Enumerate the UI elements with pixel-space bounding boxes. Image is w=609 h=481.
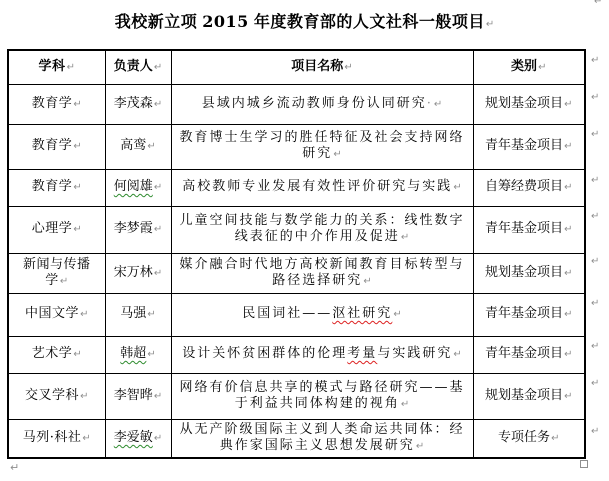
header-text: 类别	[511, 59, 537, 74]
project-text: 媒介融合时代地方高校新闻教育目标转型与路径选择研究	[180, 257, 465, 288]
cell-discipline: 新闻与传播学↵	[8, 253, 105, 293]
project-text: 教育博士生学习的胜任特征及社会支持网络研究	[180, 130, 465, 161]
discipline-text: 教育学	[32, 96, 73, 111]
cell-end-mark-icon: ↵	[564, 268, 572, 279]
cell-leader: 高鸾↵	[105, 124, 171, 169]
text-segment: 年度教育部的人文社科一般项目	[254, 12, 485, 31]
leader-text: 李智晔	[114, 388, 153, 403]
cell-end-mark-icon: ↵	[147, 349, 155, 360]
paragraph-mark-icon: ↵	[486, 19, 494, 30]
text-segment-green: 韩超	[120, 346, 146, 361]
cell-category: 规划基金项目↵	[473, 373, 585, 419]
project-text: 高校教师专业发展有效性评价研究与实践	[182, 179, 452, 194]
cell-end-mark-icon: ↵	[73, 99, 81, 110]
end-of-row-mark-icon: ↵	[591, 341, 607, 352]
cell-end-mark-icon: ↵	[147, 309, 155, 320]
leader-text: 何阅雄	[114, 179, 153, 194]
category-text: 青年基金项目	[485, 221, 563, 236]
cell-end-mark-icon: ↵	[154, 224, 162, 235]
text-segment: 宋万林	[114, 265, 153, 280]
text-segment: 媒介融合时代地方高校新闻教育目标转型与路径选择研究	[180, 257, 465, 288]
end-of-row-mark-icon: ↵	[591, 175, 607, 186]
cell-project: 高校教师专业发展有效性评价研究与实践↵	[171, 169, 473, 206]
table-row: 教育学↵ 李茂森↵ 县域内城乡流动教师身份认同研究·↵ 规划基金项目↵	[8, 84, 585, 124]
table-row: 交叉学科↵ 李智晔↵ 网络有价信息共享的模式与路径研究——基于利益共同体构建的视…	[8, 373, 585, 419]
leader-text: 李爱敏	[114, 430, 153, 445]
cell-leader: 李梦霞↵	[105, 206, 171, 253]
text-segment-gray: ·	[427, 96, 433, 111]
end-of-row-mark-icon: ↵	[591, 298, 607, 309]
table-row: 新闻与传播学↵ 宋万林↵ 媒介融合时代地方高校新闻教育目标转型与路径选择研究↵ …	[8, 253, 585, 293]
discipline-text: 中国文学	[25, 306, 79, 321]
cell-project: 教育博士生学习的胜任特征及社会支持网络研究↵	[171, 124, 473, 169]
discipline-text: 交叉学科	[25, 388, 79, 403]
discipline-text: 教育学	[32, 179, 73, 194]
project-text: 网络有价信息共享的模式与路径研究——基于利益共同体构建的视角	[180, 380, 465, 411]
table-row: 艺术学↵ 韩超↵ 设计关怀贫困群体的伦理考量与实践研究↵ 青年基金项目↵	[8, 336, 585, 373]
cell-end-mark-icon: ↵	[80, 309, 88, 320]
text-segment-green: 何阅雄	[114, 179, 153, 194]
cell-leader: 宋万林↵	[105, 253, 171, 293]
cell-end-mark-icon: ↵	[147, 141, 155, 152]
text-segment: 李智晔	[114, 388, 153, 403]
leader-text: 高鸾	[120, 138, 146, 153]
cell-leader: 何阅雄↵	[105, 169, 171, 206]
text-segment: 李茂森	[114, 96, 153, 111]
cell-project: 设计关怀贫困群体的伦理考量与实践研究↵	[171, 336, 473, 373]
category-text: 青年基金项目	[485, 306, 563, 321]
text-segment-red: 沤社研究	[332, 306, 392, 321]
cell-project: 儿童空间技能与数学能力的关系：线性数字线表征的中介作用及促进↵	[171, 206, 473, 253]
text-segment: 高校教师专业发展有效性评价研究与实践	[182, 179, 452, 194]
discipline-text: 艺术学	[32, 346, 73, 361]
cell-end-mark-icon: ↵	[154, 433, 162, 444]
projects-table: 学科↵ 负责人↵ 项目名称↵ 类别↵ 教育学↵ 李茂森↵ 县域内城乡流动教师身份…	[7, 49, 586, 459]
text-segment: 设计关怀贫困群体的伦理	[182, 346, 347, 361]
end-of-row-mark-icon: ↵	[591, 129, 607, 140]
end-of-row-mark-icon: ↵	[591, 378, 607, 389]
header-text: 学科	[39, 59, 66, 74]
cell-end-mark-icon: ↵	[453, 349, 461, 360]
cell-end-mark-icon: ↵	[564, 309, 572, 320]
cell-discipline: 艺术学↵	[8, 336, 105, 373]
header-text: 负责人	[114, 59, 153, 74]
cell-discipline: 马列·科社↵	[8, 419, 105, 458]
cell-category: 青年基金项目↵	[473, 124, 585, 169]
end-of-row-mark-icon: ↵	[591, 211, 607, 222]
discipline-text: 马列·科社	[23, 430, 82, 445]
end-of-row-mark-icon: ↵	[591, 55, 607, 66]
cell-end-mark-icon: ↵	[154, 391, 162, 402]
cell-category: 青年基金项目↵	[473, 293, 585, 336]
cell-end-mark-icon: ↵	[80, 391, 88, 402]
table-row: 教育学↵ 何阅雄↵ 高校教师专业发展有效性评价研究与实践↵ 自筹经费项目↵	[8, 169, 585, 206]
cell-end-mark-icon: ↵	[416, 441, 424, 452]
cell-end-mark-icon: ↵	[551, 433, 559, 444]
cell-category: 专项任务↵	[473, 419, 585, 458]
table-resize-handle-icon	[580, 460, 588, 468]
category-text: 规划基金项目	[485, 96, 563, 111]
category-text: 规划基金项目	[485, 388, 563, 403]
cell-leader: 李智晔↵	[105, 373, 171, 419]
cell-end-mark-icon: ↵	[564, 391, 572, 402]
cell-discipline: 教育学↵	[8, 124, 105, 169]
text-segment: 李梦霞	[114, 221, 153, 236]
cell-discipline: 心理学↵	[8, 206, 105, 253]
document-title: 我校新立项2015年度教育部的人文社科一般项目↵	[0, 9, 609, 32]
cell-leader: 韩超↵	[105, 336, 171, 373]
cell-category: 青年基金项目↵	[473, 336, 585, 373]
category-text: 自筹经费项目	[485, 179, 563, 194]
text-segment: 马强	[120, 306, 146, 321]
leader-text: 韩超	[120, 346, 146, 361]
project-text: 儿童空间技能与数学能力的关系：线性数字线表征的中介作用及促进	[180, 213, 465, 244]
text-segment: 高鸾	[120, 138, 146, 153]
discipline-text: 心理学	[32, 221, 73, 236]
leader-text: 马强	[120, 306, 146, 321]
category-text: 青年基金项目	[485, 138, 563, 153]
cell-end-mark-icon: ↵	[73, 182, 81, 193]
category-text: 青年基金项目	[485, 346, 563, 361]
cell-discipline: 教育学↵	[8, 169, 105, 206]
project-text: 县域内城乡流动教师身份认同研究·	[202, 96, 433, 111]
cell-category: 规划基金项目↵	[473, 253, 585, 293]
cell-end-mark-icon: ↵	[401, 232, 409, 243]
cell-end-mark-icon: ↵	[564, 349, 572, 360]
cell-project: 媒介融合时代地方高校新闻教育目标转型与路径选择研究↵	[171, 253, 473, 293]
cell-end-mark-icon: ↵	[564, 141, 572, 152]
cell-end-mark-icon: ↵	[363, 276, 371, 287]
text-segment: 儿童空间技能与数学能力的关系：线性数字线表征的中介作用及促进	[180, 213, 465, 244]
cell-project: 网络有价信息共享的模式与路径研究——基于利益共同体构建的视角↵	[171, 373, 473, 419]
leader-text: 李茂森	[114, 96, 153, 111]
end-of-row-mark-icon: ↵	[591, 92, 607, 103]
title-text: 我校新立项2015年度教育部的人文社科一般项目	[115, 12, 485, 31]
text-segment: 教育博士生学习的胜任特征及社会支持网络研究	[180, 130, 465, 161]
table-row: 中国文学↵ 马强↵ 民国词社——沤社研究↵ 青年基金项目↵	[8, 293, 585, 336]
table-row: 心理学↵ 李梦霞↵ 儿童空间技能与数学能力的关系：线性数字线表征的中介作用及促进…	[8, 206, 585, 253]
header-category: 类别↵	[473, 50, 585, 84]
project-text: 民国词社——沤社研究	[242, 306, 392, 321]
cell-end-mark-icon: ↵	[154, 62, 162, 73]
cell-leader: 李爱敏↵	[105, 419, 171, 458]
cell-end-mark-icon: ↵	[333, 149, 341, 160]
cell-leader: 马强↵	[105, 293, 171, 336]
cell-end-mark-icon: ↵	[453, 182, 461, 193]
category-text: 规划基金项目	[485, 265, 563, 280]
end-of-row-mark-icon: ↵	[591, 426, 607, 437]
text-segment: 与实践研究	[377, 346, 452, 361]
cell-discipline: 教育学↵	[8, 84, 105, 124]
end-of-row-mark-icon: ↵	[591, 256, 607, 267]
table-row: 教育学↵ 高鸾↵ 教育博士生学习的胜任特征及社会支持网络研究↵ 青年基金项目↵	[8, 124, 585, 169]
table-row: 马列·科社↵ 李爱敏↵ 从无产阶级国际主义到人类命运共同体：经典作家国际主义思想…	[8, 419, 585, 458]
cell-end-mark-icon: ↵	[538, 62, 546, 73]
cell-end-mark-icon: ↵	[154, 268, 162, 279]
cell-category: 自筹经费项目↵	[473, 169, 585, 206]
leader-text: 李梦霞	[114, 221, 153, 236]
cell-end-mark-icon: ↵	[401, 399, 409, 410]
cell-end-mark-icon: ↵	[154, 182, 162, 193]
cell-end-mark-icon: ↵	[564, 99, 572, 110]
text-segment: 网络有价信息共享的模式与路径研究——基于利益共同体构建的视角	[180, 380, 465, 411]
cell-leader: 李茂森↵	[105, 84, 171, 124]
header-text: 项目名称	[291, 59, 343, 74]
cell-end-mark-icon: ↵	[73, 141, 81, 152]
header-leader: 负责人↵	[105, 50, 171, 84]
cell-end-mark-icon: ↵	[393, 309, 401, 320]
cell-category: 青年基金项目↵	[473, 206, 585, 253]
cell-end-mark-icon: ↵	[73, 349, 81, 360]
text-segment: 我校新立项	[115, 12, 198, 31]
cell-end-mark-icon: ↵	[67, 62, 75, 73]
cell-project: 从无产阶级国际主义到人类命运共同体：经典作家国际主义思想发展研究↵	[171, 419, 473, 458]
text-segment-num: 2015	[202, 12, 249, 31]
cell-end-mark-icon: ↵	[82, 433, 90, 444]
text-segment: 民国词社——	[242, 306, 332, 321]
text-segment: 县域内城乡流动教师身份认同研究	[202, 96, 427, 111]
cell-end-mark-icon: ↵	[344, 62, 352, 73]
discipline-text: 新闻与传播学	[23, 257, 91, 288]
discipline-text: 教育学	[32, 138, 73, 153]
cell-end-mark-icon: ↵	[564, 182, 572, 193]
cell-discipline: 中国文学↵	[8, 293, 105, 336]
header-project: 项目名称↵	[171, 50, 473, 84]
leader-text: 宋万林	[114, 265, 153, 280]
text-segment-red: 考量	[347, 346, 377, 361]
cell-end-mark-icon: ↵	[73, 224, 81, 235]
header-discipline: 学科↵	[8, 50, 105, 84]
empty-paragraph-mark-icon: ↵	[10, 461, 19, 474]
cell-project: 民国词社——沤社研究↵	[171, 293, 473, 336]
cell-discipline: 交叉学科↵	[8, 373, 105, 419]
category-text: 专项任务	[498, 430, 550, 445]
cell-end-mark-icon: ↵	[434, 99, 442, 110]
text-segment-green: 李爱敏	[114, 430, 153, 445]
header-row: 学科↵ 负责人↵ 项目名称↵ 类别↵	[8, 50, 585, 84]
cell-project: 县域内城乡流动教师身份认同研究·↵	[171, 84, 473, 124]
word-document-page: { "title_segments": [ {"t": "我校新立项"}, {"…	[0, 0, 609, 481]
cell-end-mark-icon: ↵	[564, 224, 572, 235]
cell-end-mark-icon: ↵	[154, 99, 162, 110]
cell-category: 规划基金项目↵	[473, 84, 585, 124]
cell-end-mark-icon: ↵	[60, 276, 68, 287]
project-text: 设计关怀贫困群体的伦理考量与实践研究	[182, 346, 452, 361]
page-top-paragraph-mark: ↵	[594, 0, 602, 7]
